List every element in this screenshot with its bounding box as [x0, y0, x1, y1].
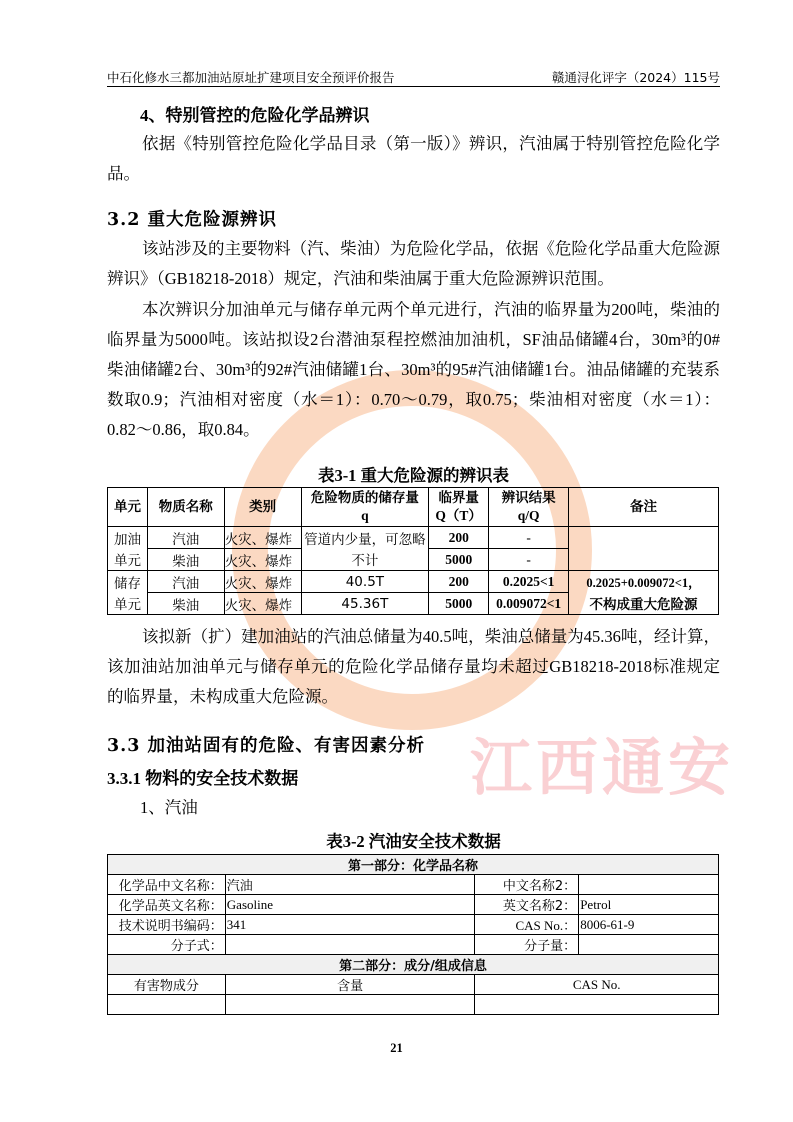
cell-storage: 40.5T [301, 571, 429, 593]
cell-critical: 200 [429, 571, 489, 593]
report-title: 中石化修水三都加油站原址扩建项目安全预评价报告 [107, 68, 395, 86]
cell-storage: 管道内少量，可忽略 [301, 527, 429, 549]
header-result: 辨识结果q/Q [489, 488, 569, 527]
header-storage-line2: q [302, 507, 429, 525]
cell-unit: 单元 [108, 549, 148, 571]
header-critical: 临界量Q（T） [429, 488, 489, 527]
header-cas: CAS No. [475, 975, 719, 995]
label-cn-name: 化学品中文名称： [108, 875, 226, 895]
cell-unit: 储存 [108, 571, 148, 593]
cell-result: - [489, 527, 569, 549]
value-en-name: Gasoline [225, 895, 475, 915]
page-number: 21 [0, 1041, 793, 1056]
value-molecular-weight [579, 935, 719, 955]
cell-category: 火灾、爆炸 [224, 593, 301, 615]
cell-unit: 加油 [108, 527, 148, 549]
value-cn-name-2 [579, 875, 719, 895]
header-result-line1: 辨识结果 [489, 489, 568, 507]
table-row: 化学品中文名称： 汽油 中文名称2： [108, 875, 719, 895]
table-row: 储存 汽油 火灾、爆炸 40.5T 200 0.2025<1 0.2025+0.… [108, 571, 719, 593]
table-row: 有害物成分 含量 CAS No. [108, 975, 719, 995]
header-component: 有害物成分 [108, 975, 226, 995]
cell-category: 火灾、爆炸 [224, 527, 301, 549]
cell-substance: 汽油 [147, 527, 224, 549]
label-en-name: 化学品英文名称： [108, 895, 226, 915]
header-remark: 备注 [569, 488, 719, 527]
section-row-part1: 第一部分：化学品名称 [108, 855, 719, 875]
cell-substance: 汽油 [147, 571, 224, 593]
cell-result: 0.009072<1 [489, 593, 569, 615]
label-cn-name-2: 中文名称2： [475, 875, 579, 895]
cell-storage: 45.36T [301, 593, 429, 615]
label-cas-no: CAS No.： [475, 915, 579, 935]
cell-critical: 200 [429, 527, 489, 549]
table-row: 分子式： 分子量： [108, 935, 719, 955]
header-storage-line1: 危险物质的储存量 [302, 489, 429, 507]
header-critical-line1: 临界量 [429, 489, 488, 507]
section-row-part2: 第二部分：成分/组成信息 [108, 955, 719, 975]
report-number: 赣通浔化评字（2024）115号 [552, 68, 720, 86]
value-cas-no: 8006-61-9 [579, 915, 719, 935]
cell-result: 0.2025<1 [489, 571, 569, 593]
header-unit: 单元 [108, 488, 148, 527]
cell-critical: 5000 [429, 549, 489, 571]
cell-empty [225, 995, 475, 1015]
table-3-1-caption: 表3-1 重大危险源的辨识表 [107, 462, 720, 486]
table-row: 单元 柴油 火灾、爆炸 45.36T 5000 0.009072<1 不构成重大… [108, 593, 719, 615]
header-critical-line2: Q（T） [429, 507, 488, 525]
cell-substance: 柴油 [147, 593, 224, 615]
table-row: 技术说明书编码： 341 CAS No.： 8006-61-9 [108, 915, 719, 935]
cell-remark [569, 527, 719, 571]
cell-category: 火灾、爆炸 [224, 571, 301, 593]
cell-empty [108, 995, 226, 1015]
cell-empty [475, 995, 719, 1015]
document-page: 江西通安 中石化修水三都加油站原址扩建项目安全预评价报告 赣通浔化评字（2024… [0, 0, 793, 1122]
cell-remark: 0.2025+0.009072<1， [569, 571, 719, 593]
header-storage: 危险物质的储存量q [301, 488, 429, 527]
cell-remark: 不构成重大危险源 [569, 593, 719, 615]
item-gasoline: 1、汽油 [140, 793, 340, 823]
header-content: 含量 [225, 975, 475, 995]
section-3-2-heading: 3.2 重大危险源辨识 [107, 206, 277, 231]
label-formula: 分子式： [108, 935, 226, 955]
hazard-identification-table: 单元 物质名称 类别 危险物质的储存量q 临界量Q（T） 辨识结果q/Q 备注 … [107, 487, 719, 615]
page-header: 中石化修水三都加油站原址扩建项目安全预评价报告 赣通浔化评字（2024）115号 [107, 66, 720, 87]
cell-result: - [489, 549, 569, 571]
section-3-3-heading: 3.3 加油站固有的危险、有害因素分析 [107, 732, 425, 757]
header-substance: 物质名称 [147, 488, 224, 527]
cell-substance: 柴油 [147, 549, 224, 571]
label-spec-code: 技术说明书编码： [108, 915, 226, 935]
table-3-2-caption: 表3-2 汽油安全技术数据 [107, 828, 720, 852]
header-result-line2: q/Q [489, 507, 568, 525]
value-cn-name: 汽油 [225, 875, 475, 895]
table-header-row: 单元 物质名称 类别 危险物质的储存量q 临界量Q（T） 辨识结果q/Q 备注 [108, 488, 719, 527]
section-4-heading: 4、特别管控的危险化学品辨识 [140, 101, 370, 126]
cell-unit: 单元 [108, 593, 148, 615]
table-row: 加油 汽油 火灾、爆炸 管道内少量，可忽略 200 - [108, 527, 719, 549]
table-row [108, 995, 719, 1015]
header-category: 类别 [224, 488, 301, 527]
watermark-text: 江西通安 [470, 718, 734, 807]
cell-critical: 5000 [429, 593, 489, 615]
cell-storage: 不计 [301, 549, 429, 571]
conclusion-paragraph: 该拟新（扩）建加油站的汽油总储量为40.5吨，柴油总储量为45.36吨，经计算，… [107, 622, 720, 712]
section-3-2-paragraph-1: 该站涉及的主要物料（汽、柴油）为危险化学品，依据《危险化学品重大危险源辨识》（G… [107, 234, 720, 294]
part2-title: 第二部分：成分/组成信息 [108, 955, 719, 975]
label-en-name-2: 英文名称2： [475, 895, 579, 915]
section-3-2-paragraph-2: 本次辨识分加油单元与储存单元两个单元进行，汽油的临界量为200吨，柴油的临界量为… [107, 295, 720, 445]
value-formula [225, 935, 475, 955]
gasoline-safety-data-table: 第一部分：化学品名称 化学品中文名称： 汽油 中文名称2： 化学品英文名称： G… [107, 854, 719, 1015]
section-4-paragraph: 依据《特别管控危险化学品目录（第一版）》辨识，汽油属于特别管控危险化学品。 [107, 129, 720, 189]
cell-category: 火灾、爆炸 [224, 549, 301, 571]
section-3-3-1-heading: 3.3.1 物料的安全技术数据 [107, 764, 298, 789]
table-row: 化学品英文名称： Gasoline 英文名称2： Petrol [108, 895, 719, 915]
value-spec-code: 341 [225, 915, 475, 935]
part1-title: 第一部分：化学品名称 [108, 855, 719, 875]
value-en-name-2: Petrol [579, 895, 719, 915]
label-molecular-weight: 分子量： [475, 935, 579, 955]
